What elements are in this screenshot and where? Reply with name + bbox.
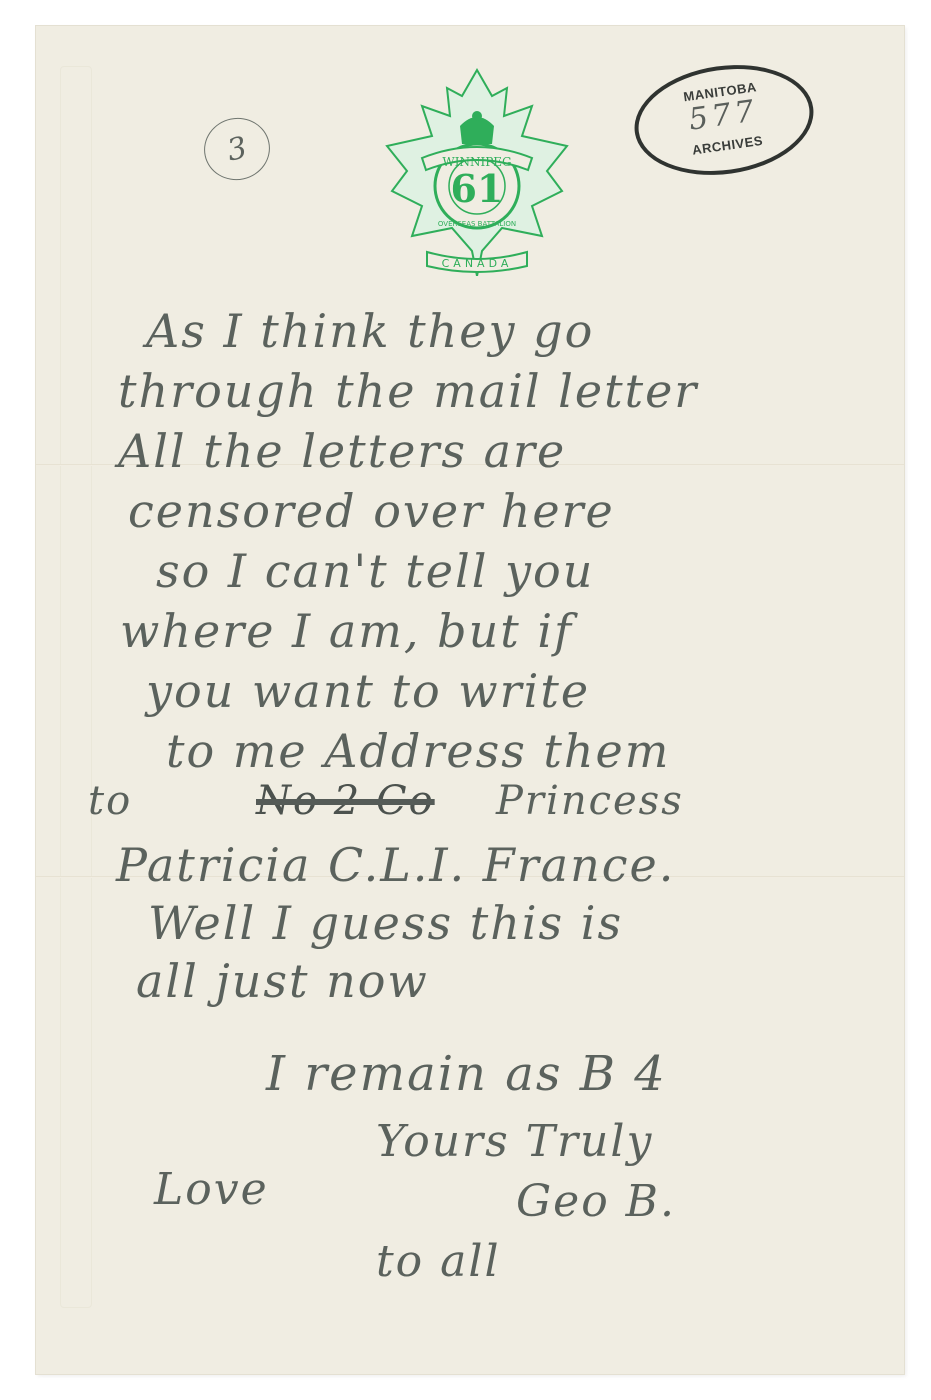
body-line: you want to write bbox=[146, 664, 590, 718]
battalion-crest-icon: WINNIPEG 61 OVERSEAS BATTALION CANADA bbox=[382, 66, 572, 276]
postscript: Love bbox=[154, 1164, 269, 1215]
paper-watermark bbox=[60, 66, 92, 1308]
body-line: As I think they go bbox=[146, 304, 594, 358]
svg-text:OVERSEAS BATTALION: OVERSEAS BATTALION bbox=[438, 220, 516, 228]
page-number: 3 bbox=[224, 130, 250, 168]
body-line: Princess bbox=[496, 778, 684, 824]
body-line: censored over here bbox=[128, 484, 615, 538]
page-number-circle: 3 bbox=[198, 112, 275, 186]
body-line: where I am, but if bbox=[120, 604, 573, 658]
letter-paper: 3 WINNIPEG 61 OVERSEAS BATTALION CANADA … bbox=[36, 26, 904, 1374]
address-prefix: to bbox=[88, 778, 132, 824]
body-line: Patricia C.L.I. France. bbox=[116, 838, 675, 892]
postscript: to all bbox=[376, 1236, 501, 1287]
closing-line: Yours Truly bbox=[376, 1116, 653, 1167]
svg-text:61: 61 bbox=[451, 166, 504, 211]
body-line: so I can't tell you bbox=[156, 544, 594, 598]
archive-stamp: MANITOBA 577 ARCHIVES bbox=[627, 54, 820, 186]
body-line: through the mail letter bbox=[118, 364, 698, 418]
closing-line: I remain as B 4 bbox=[266, 1046, 667, 1102]
body-line: All the letters are bbox=[118, 424, 566, 478]
body-line: Well I guess this is bbox=[148, 896, 623, 950]
body-line: to me Address them bbox=[166, 724, 670, 778]
body-line: all just now bbox=[136, 954, 429, 1008]
signature: Geo B. bbox=[516, 1176, 676, 1227]
svg-text:CANADA: CANADA bbox=[442, 257, 513, 270]
struck-out-text: No 2 Co bbox=[256, 778, 435, 824]
